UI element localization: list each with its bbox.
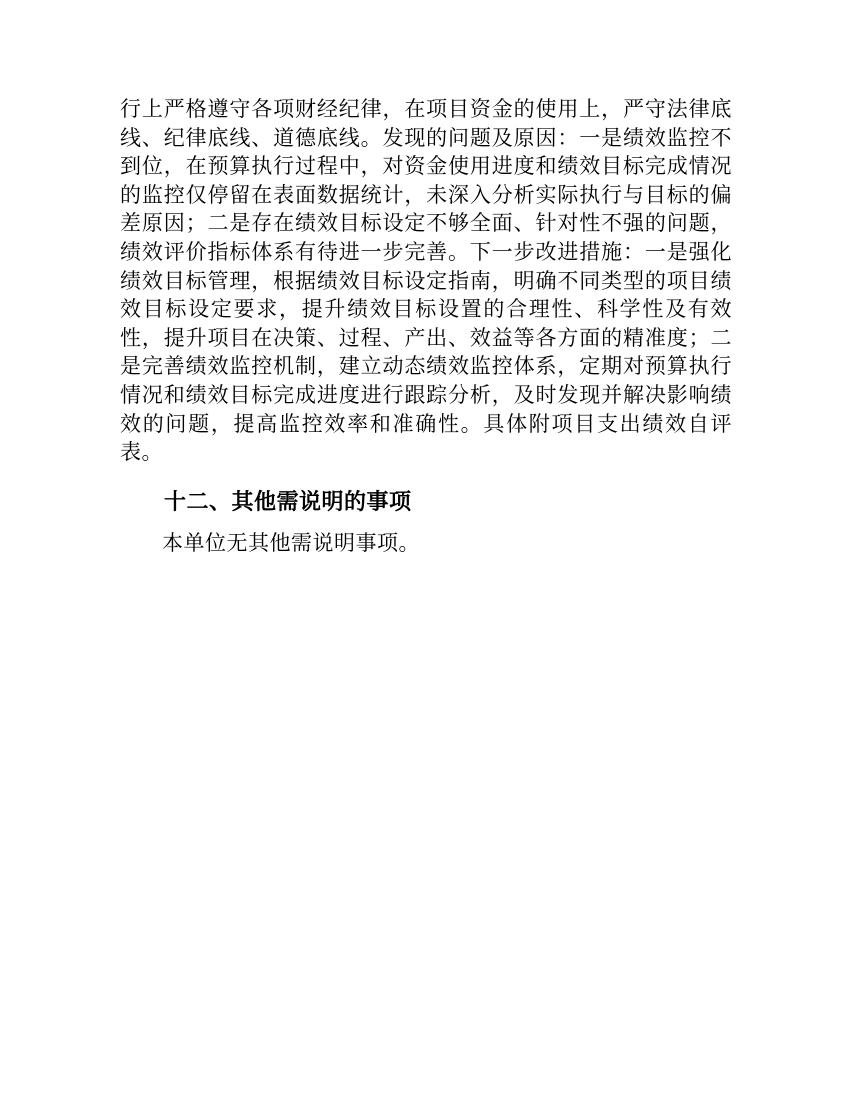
- document-page: 行上严格遵守各项财经纪律，在项目资金的使用上，严守法律底线、纪律底线、道德底线。…: [0, 0, 850, 1100]
- body-paragraph: 行上严格遵守各项财经纪律，在项目资金的使用上，严守法律底线、纪律底线、道德底线。…: [120, 95, 732, 467]
- closing-paragraph: 本单位无其他需说明事项。: [120, 529, 732, 558]
- section-heading: 十二、其他需说明的事项: [120, 487, 732, 517]
- document-text-block: 行上严格遵守各项财经纪律，在项目资金的使用上，严守法律底线、纪律底线、道德底线。…: [120, 95, 732, 557]
